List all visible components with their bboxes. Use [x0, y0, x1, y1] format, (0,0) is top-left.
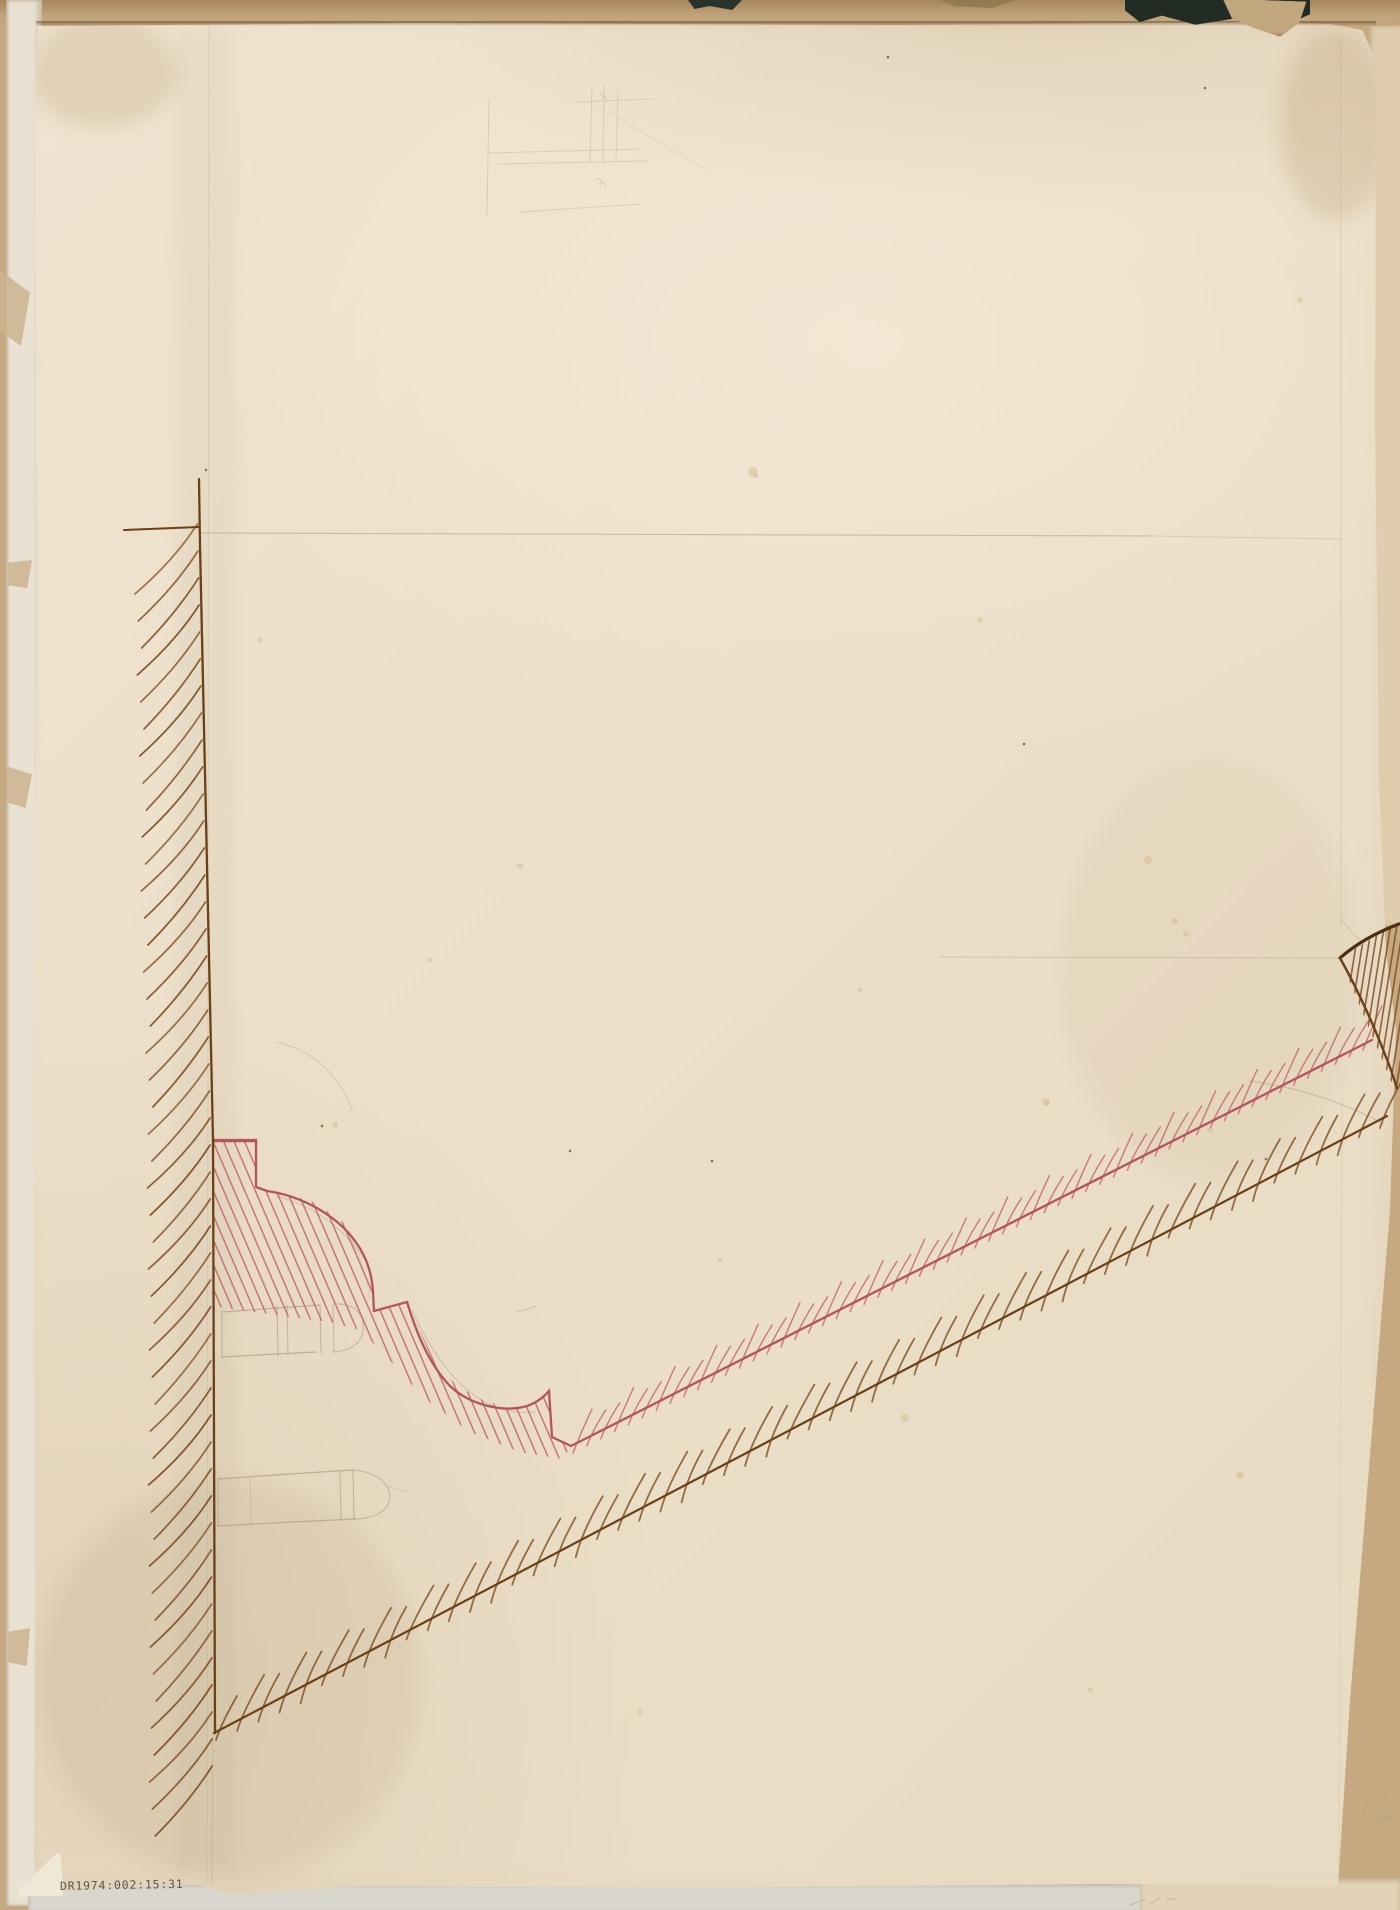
edge-tear	[8, 1628, 30, 1666]
paper-stain	[1060, 760, 1360, 1180]
sheet-top-edge-shadow	[36, 21, 1376, 26]
paper-stain	[40, 1480, 420, 1880]
scanned-album-page: DR1974:002:15:31	[0, 0, 1400, 1910]
drawing-sheet	[0, 0, 1400, 1910]
paper-stain	[1280, 30, 1390, 220]
paper-stain	[28, 18, 178, 128]
